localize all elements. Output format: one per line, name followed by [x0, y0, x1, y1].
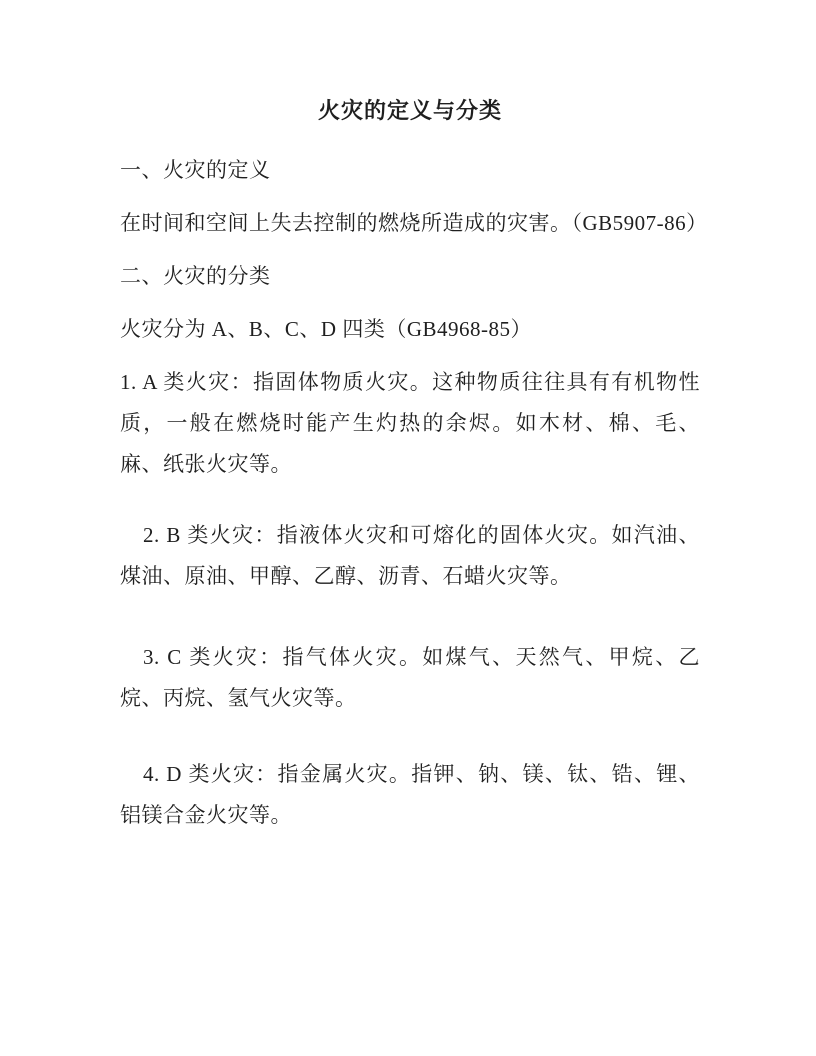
document-page: 火灾的定义与分类 一、火灾的定义在时间和空间上失去控制的燃烧所造成的灾害。（GB…: [0, 0, 816, 1056]
paragraph-section-one-heading: 一、火灾的定义: [120, 150, 700, 191]
paragraph-fire-definition: 在时间和空间上失去控制的燃烧所造成的灾害。（GB5907-86）: [120, 203, 700, 244]
paragraph-fire-classes-intro: 火灾分为 A、B、C、D 四类（GB4968-85）: [120, 309, 700, 350]
paragraph-class-d-paragraph: 4. D 类火灾：指金属火灾。指钾、钠、镁、钛、锆、锂、铝镁合金火灾等。: [120, 754, 700, 836]
paragraph-class-c-paragraph: 3. C 类火灾：指气体火灾。如煤气、天然气、甲烷、乙烷、丙烷、氢气火灾等。: [120, 637, 700, 719]
document-body: 一、火灾的定义在时间和空间上失去控制的燃烧所造成的灾害。（GB5907-86）二…: [120, 150, 700, 836]
paragraph-class-a-paragraph: 1. A 类火灾：指固体物质火灾。这种物质往往具有有机物性质，一般在燃烧时能产生…: [120, 362, 700, 485]
paragraph-class-b-paragraph: 2. B 类火灾：指液体火灾和可熔化的固体火灾。如汽油、煤油、原油、甲醇、乙醇、…: [120, 515, 700, 597]
paragraph-section-two-heading: 二、火灾的分类: [120, 256, 700, 297]
document-title: 火灾的定义与分类: [120, 90, 700, 131]
